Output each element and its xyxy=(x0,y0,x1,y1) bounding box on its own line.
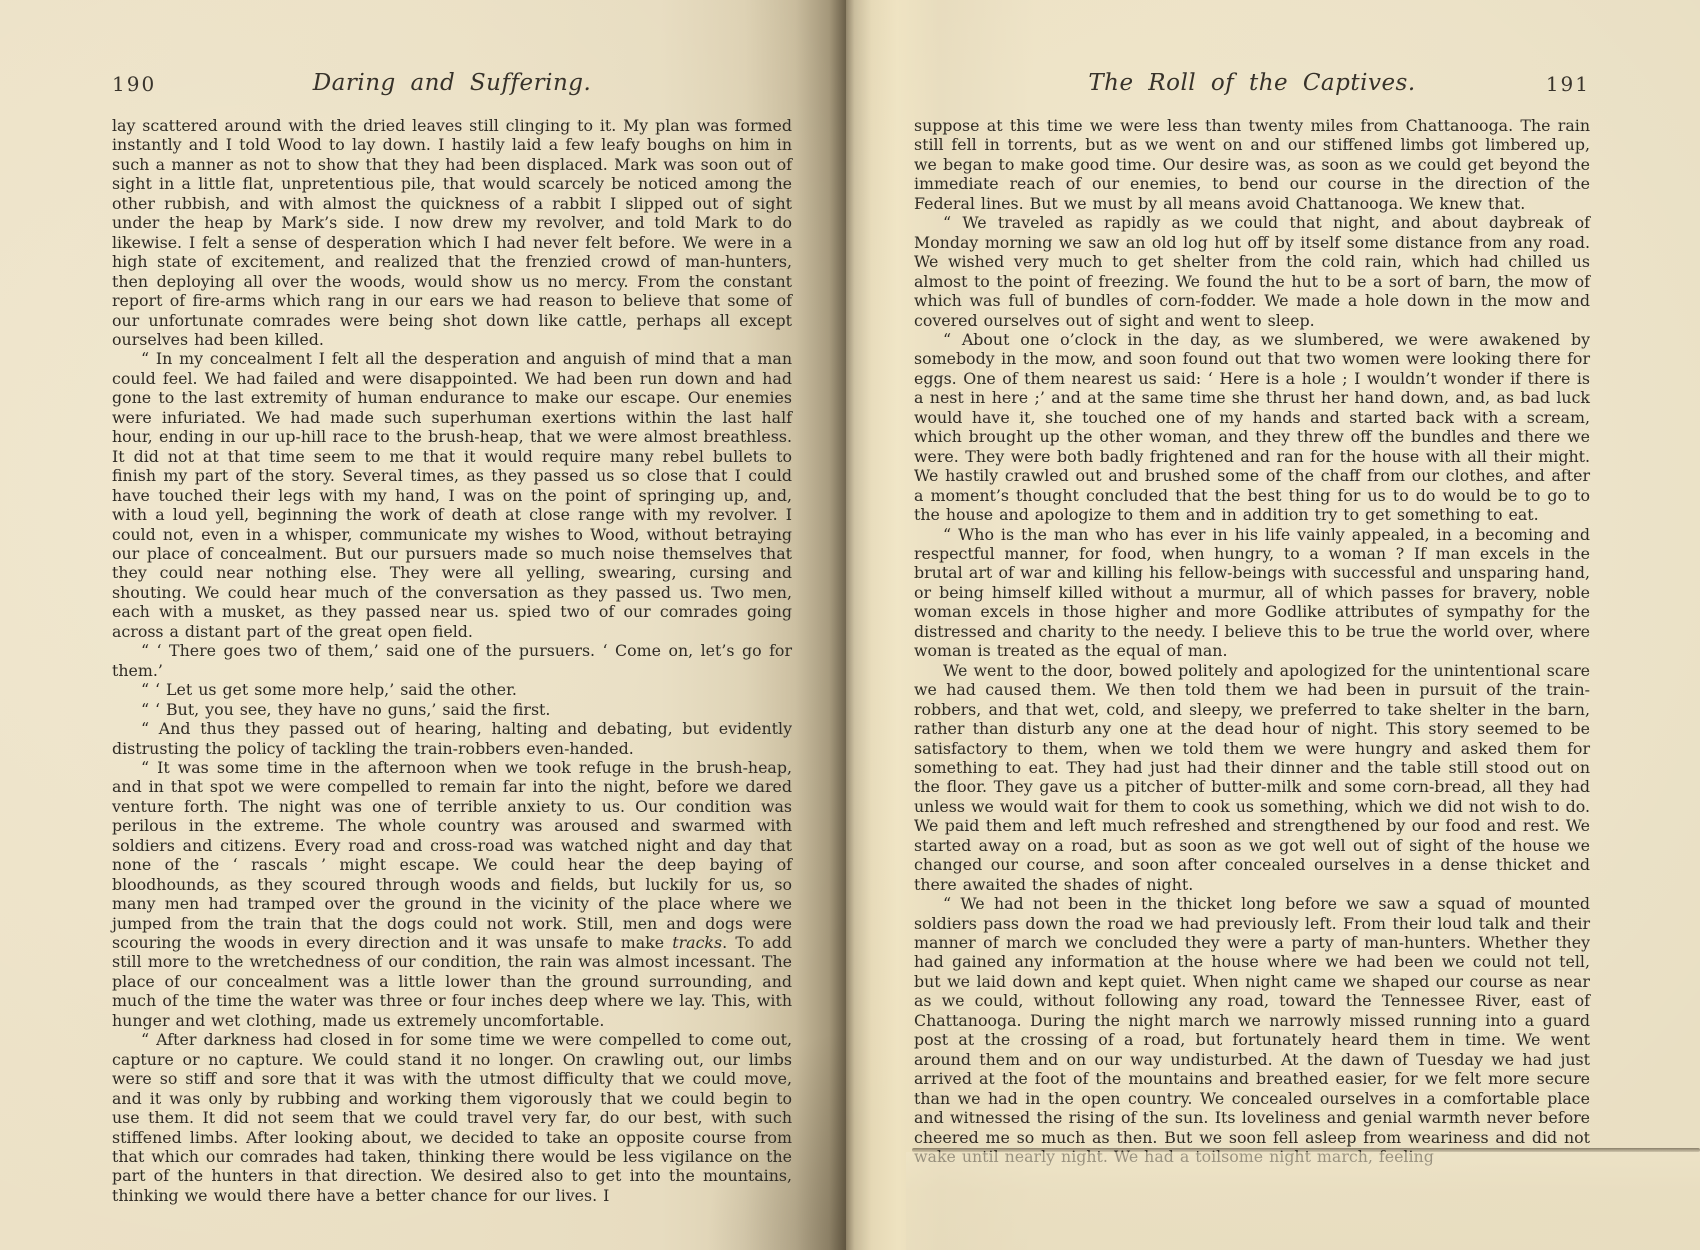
paragraph: suppose at this time we were less than t… xyxy=(914,116,1590,213)
paragraph: We went to the door, bowed politely and … xyxy=(914,661,1590,894)
page-body-right: suppose at this time we were less than t… xyxy=(914,116,1590,1166)
page-number-right: 191 xyxy=(1546,72,1590,96)
paragraph: “ ‘ But, you see, they have no guns,’ sa… xyxy=(112,700,792,719)
page-left: 190 Daring and Suffering. lay scattered … xyxy=(0,0,846,1250)
book-gutter xyxy=(840,0,852,1250)
page-header-right: The Roll of the Captives. 191 xyxy=(914,70,1590,100)
paragraph: “ We traveled as rapidly as we could tha… xyxy=(914,213,1590,330)
paragraph: lay scattered around with the dried leav… xyxy=(112,116,792,349)
paragraph: “ ‘ There goes two of them,’ said one of… xyxy=(112,641,792,680)
paragraph: “ We had not been in the thicket long be… xyxy=(914,894,1590,1166)
page-header-left: 190 Daring and Suffering. xyxy=(112,70,792,100)
page-body-left: lay scattered around with the dried leav… xyxy=(112,116,792,1205)
paragraph: “ In my concealment I felt all the despe… xyxy=(112,349,792,641)
page-right: The Roll of the Captives. 191 suppose at… xyxy=(846,0,1700,1250)
paragraph: “ It was some time in the afternoon when… xyxy=(112,758,792,1030)
paragraph: “ Who is the man who has ever in his lif… xyxy=(914,525,1590,661)
book-spread: 190 Daring and Suffering. lay scattered … xyxy=(0,0,1700,1250)
paragraph: “ And thus they passed out of hearing, h… xyxy=(112,719,792,758)
paragraph: “ About one o’clock in the day, as we sl… xyxy=(914,330,1590,525)
leaf-bottom-edge xyxy=(912,1148,1700,1152)
paragraph: “ After darkness had closed in for some … xyxy=(112,1030,792,1205)
running-title-left: Daring and Suffering. xyxy=(112,70,792,96)
page-stack-under-edge xyxy=(906,1152,1700,1250)
paragraph: “ ‘ Let us get some more help,’ said the… xyxy=(112,680,792,699)
running-title-right: The Roll of the Captives. xyxy=(914,70,1590,96)
